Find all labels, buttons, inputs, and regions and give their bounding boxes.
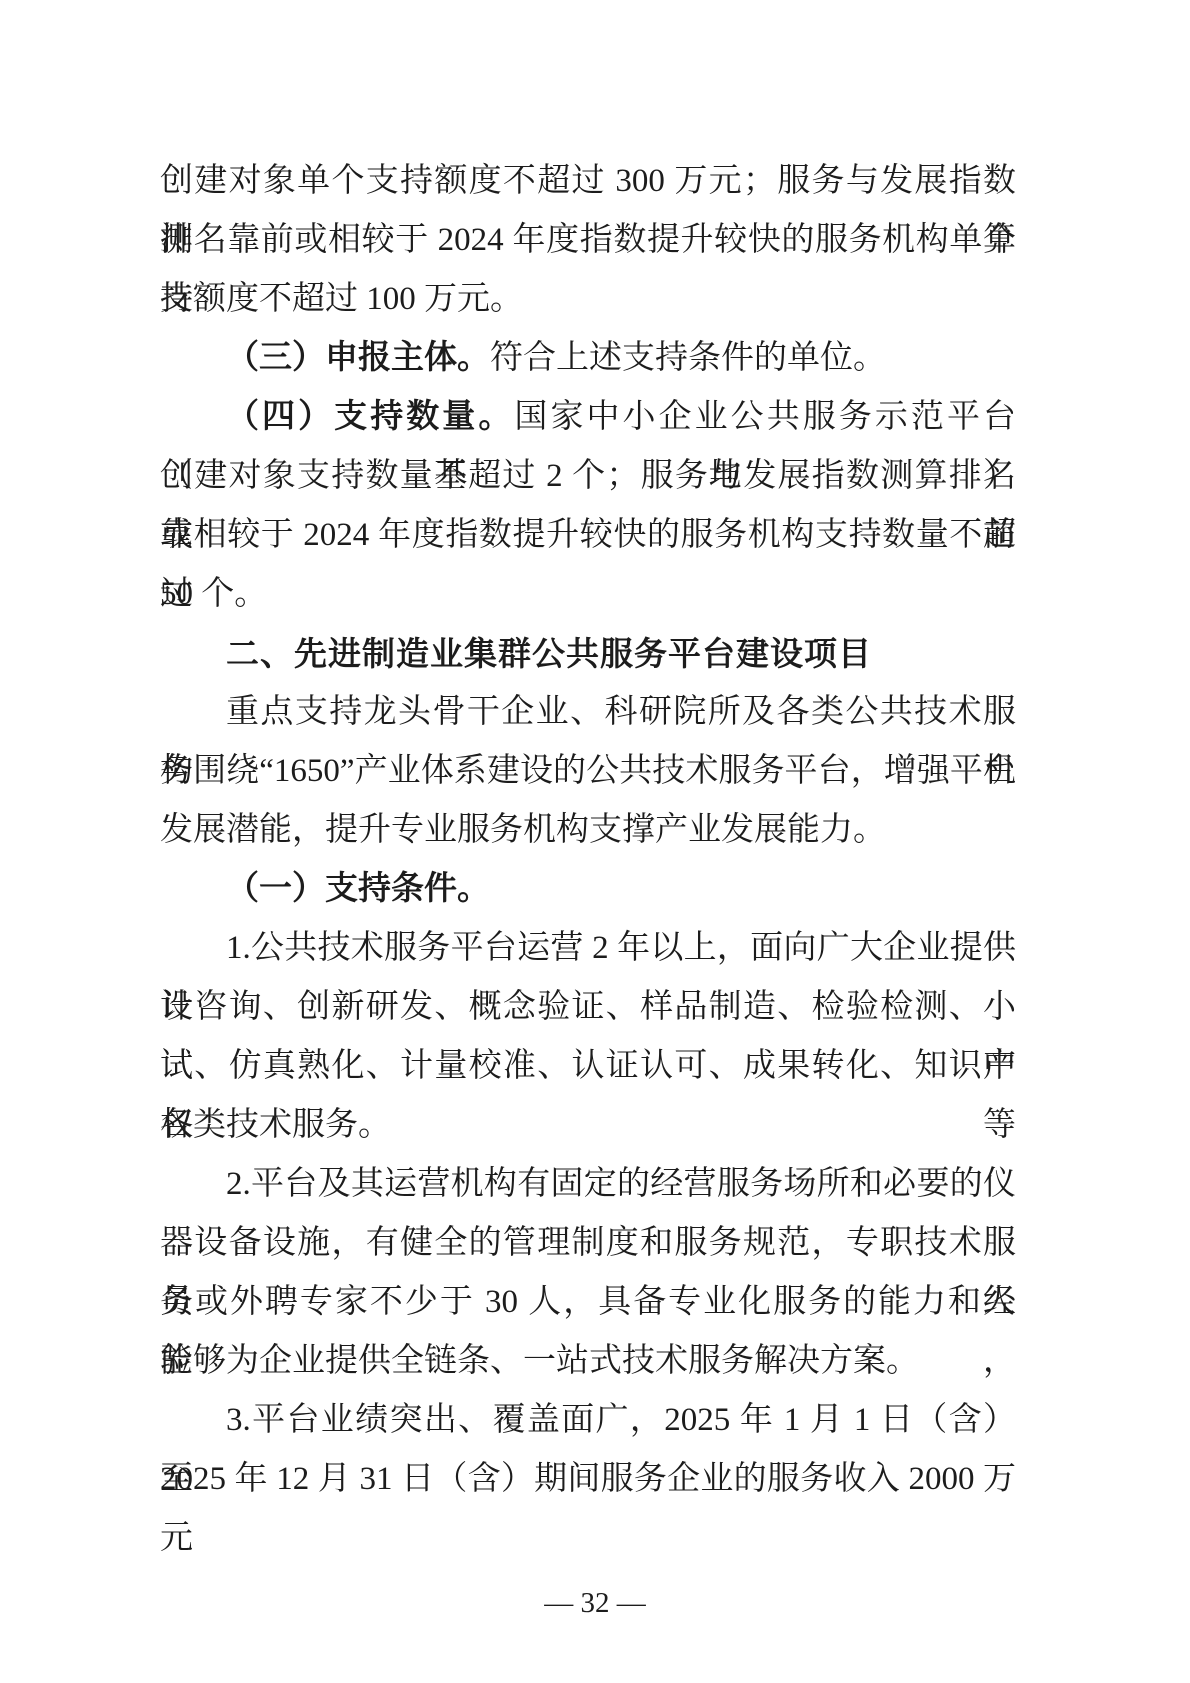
- numbered-item-1-line: 1.公共技术服务平台运营 2 年以上，面向广大企业提供设: [160, 919, 1016, 978]
- body-line: 试、仿真熟化、计量校准、认证认可、成果转化、知识产权等: [160, 1037, 1016, 1096]
- subsection-3-text: 符合上述支持条件的单位。: [490, 340, 886, 376]
- body-line: 计咨询、创新研发、概念验证、样品制造、检验检测、小试中: [160, 978, 1016, 1037]
- body-line: 持额度不超过 100 万元。: [160, 270, 1016, 329]
- subsection-4-line: （四）支持数量。国家中小企业公共服务示范平台（基地）: [160, 388, 1016, 447]
- body-line-text: 构围绕“1650”产业体系建设的公共技术服务平台，增强平台: [160, 753, 1016, 789]
- numbered-item-3-line: 3.平台业绩突出、覆盖面广，2025 年 1 月 1 日（含）至: [160, 1391, 1016, 1450]
- body-line: 构围绕“1650”产业体系建设的公共技术服务平台，增强平台: [160, 742, 1016, 801]
- body-line: 创建对象支持数量不超过 2 个；服务与发展指数测算排名靠前: [160, 447, 1016, 506]
- subsection-1-label: （一）支持条件。: [226, 871, 490, 907]
- body-line: 创建对象单个支持额度不超过 300 万元；服务与发展指数测算: [160, 152, 1016, 211]
- body-line: 排名靠前或相较于 2024 年度指数提升较快的服务机构单个支: [160, 211, 1016, 270]
- body-line: 2025 年 12 月 31 日（含）期间服务企业的服务收入 2000 万元: [160, 1450, 1016, 1509]
- body-line-text: 2025 年 12 月 31 日（含）期间服务企业的服务收入 2000 万元: [160, 1461, 1016, 1556]
- body-line: 重点支持龙头骨干企业、科研院所及各类公共技术服务机: [160, 683, 1016, 742]
- subsection-3-label: （三）申报主体。: [226, 340, 490, 376]
- body-line: 能够为企业提供全链条、一站式技术服务解决方案。: [160, 1332, 1016, 1391]
- body-line-text: 各类技术服务。: [160, 1107, 391, 1143]
- numbered-item-2-text: 2.平台及其运营机构有固定的经营服务场所和必要的仪: [226, 1166, 1016, 1202]
- body-line: 发展潜能，提升专业服务机构支撑产业发展能力。: [160, 801, 1016, 860]
- document-page: 创建对象单个支持额度不超过 300 万元；服务与发展指数测算 排名靠前或相较于 …: [0, 0, 1190, 1683]
- body-line-text: 50 个。: [160, 576, 267, 612]
- body-line: 或相较于 2024 年度指数提升较快的服务机构支持数量不超过: [160, 506, 1016, 565]
- section-2-heading: 二、先进制造业集群公共服务平台建设项目: [160, 624, 1016, 683]
- subsection-3-line: （三）申报主体。符合上述支持条件的单位。: [160, 329, 1016, 388]
- body-line: 器设备设施，有健全的管理制度和服务规范，专职技术服务人: [160, 1214, 1016, 1273]
- subsection-1-line: （一）支持条件。: [160, 860, 1016, 919]
- body-line-text: 发展潜能，提升专业服务机构支撑产业发展能力。: [160, 812, 886, 848]
- body-line: 50 个。: [160, 565, 1016, 624]
- body-line-text: 能够为企业提供全链条、一站式技术服务解决方案。: [160, 1343, 919, 1379]
- subsection-4-label: （四）支持数量。: [226, 399, 514, 435]
- body-line-text: 持额度不超过 100 万元。: [160, 281, 523, 317]
- numbered-item-2-line: 2.平台及其运营机构有固定的经营服务场所和必要的仪: [160, 1155, 1016, 1214]
- body-line: 员或外聘专家不少于 30 人，具备专业化服务的能力和经验，: [160, 1273, 1016, 1332]
- page-number: — 32 —: [0, 1586, 1190, 1620]
- document-text-block: 创建对象单个支持额度不超过 300 万元；服务与发展指数测算 排名靠前或相较于 …: [160, 152, 1016, 1509]
- section-2-heading-text: 二、先进制造业集群公共服务平台建设项目: [226, 635, 872, 672]
